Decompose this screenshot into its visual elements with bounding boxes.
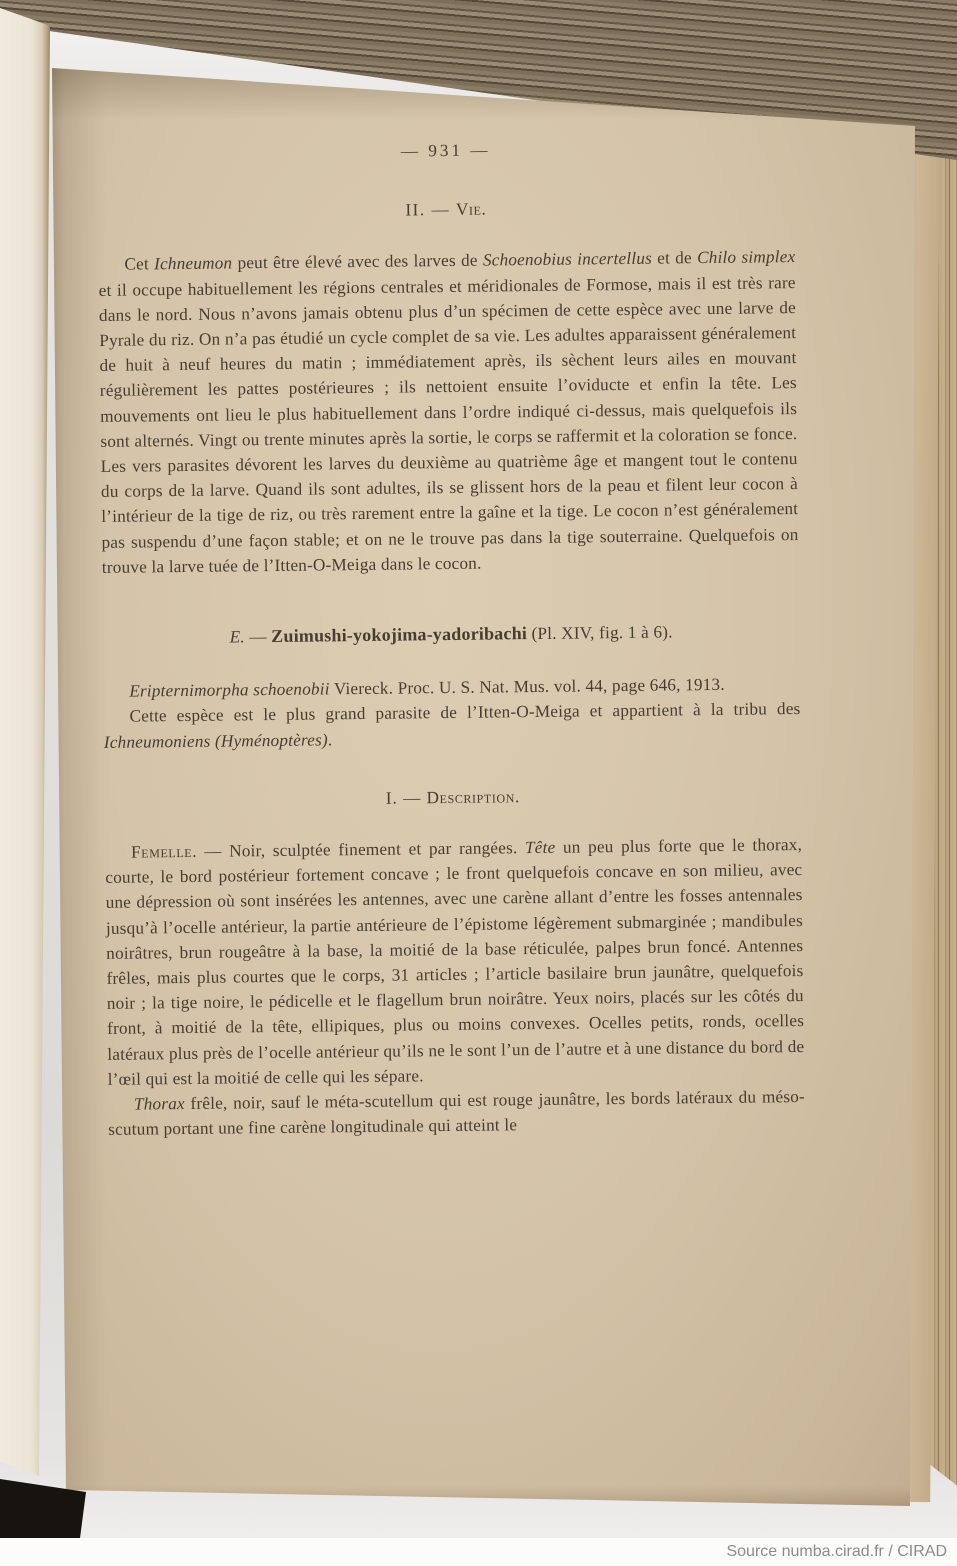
source-attribution-text: Source numba.cirad.fr / CIRAD xyxy=(726,1543,947,1560)
page-text: — 931 —II. — Vie.Cet Ichneumon peut être… xyxy=(97,134,805,1142)
paragraph-description-thorax: Thorax frêle, noir, sauf le méta-scutell… xyxy=(108,1084,806,1142)
paragraph-life: Cet Ichneumon peut être élevé avec des l… xyxy=(98,244,799,580)
source-attribution-bar: Source numba.cirad.fr / CIRAD xyxy=(0,1538,957,1566)
paragraph-species-intro: Cette espèce est le plus grand parasite … xyxy=(103,696,801,754)
scanned-book-photo: — 931 —II. — Vie.Cet Ichneumon peut être… xyxy=(0,0,957,1566)
heading-species: E. — Zuimushi-yokojima-yadoribachi (Pl. … xyxy=(103,618,800,651)
facing-page-sliver xyxy=(0,8,50,1482)
heading-vie: II. — Vie. xyxy=(98,193,795,226)
paragraph-description-female: Femelle. — Noir, sculptée finement et pa… xyxy=(105,832,805,1092)
heading-description: I. — Description. xyxy=(104,781,801,814)
